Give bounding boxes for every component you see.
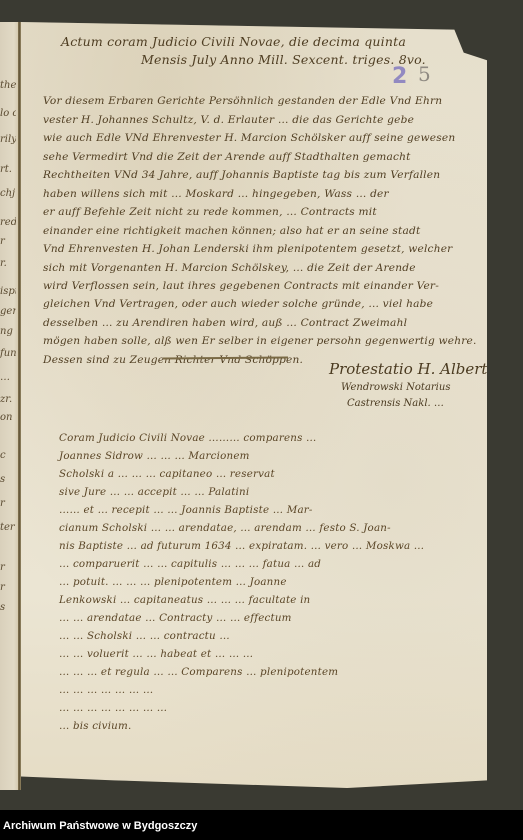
- margin-fragment: lo ch: [0, 108, 16, 119]
- german-line: haben willens sich mit … Moskard … hinge…: [43, 188, 389, 200]
- margin-fragment: zr.: [0, 394, 16, 405]
- signature-line-1: Protestatio H. Albert: [329, 360, 487, 378]
- latin-line: … potuit. … … … plenipotentem … Joanne: [59, 576, 287, 588]
- german-line: wird Verflossen sein, laut ihres gegeben…: [43, 280, 439, 292]
- margin-fragment: chj: [0, 188, 16, 199]
- latin-line: … … … … … … … …: [59, 702, 167, 714]
- latin-line: … bis civium.: [59, 720, 131, 732]
- document-viewer: the lo ch rily rt. chj red r r. ispter g…: [0, 0, 523, 840]
- manuscript-page: Actum coram Judicio Civili Novae, die de…: [21, 22, 487, 788]
- margin-fragment: r: [0, 498, 16, 509]
- german-line: wie auch Edle VNd Ehrenvester H. Marcion…: [43, 132, 455, 144]
- german-line: einander eine richtigkeit machen können;…: [43, 225, 420, 237]
- manuscript-scan: the lo ch rily rt. chj red r r. ispter g…: [0, 0, 523, 810]
- heading-line-1: Actum coram Judicio Civili Novae, die de…: [61, 34, 406, 49]
- latin-line: nis Baptiste … ad futurum 1634 … expirat…: [59, 540, 424, 552]
- margin-fragment: ng: [0, 326, 16, 337]
- margin-fragment: rily: [0, 134, 16, 145]
- latin-line: … … Scholski … … contractu …: [59, 630, 230, 642]
- german-line: desselben … zu Arendiren haben wird, auß…: [43, 317, 407, 329]
- binding-gutter: [18, 22, 21, 790]
- latin-line: … … arendatae … Contracty … … effectum: [59, 612, 292, 624]
- german-line: Rechtheiten VNd 34 Jahre, auff Johannis …: [43, 169, 440, 181]
- latin-line: … … voluerit … … habeat et … … …: [59, 648, 253, 660]
- german-line: vester H. Johannes Schultz, V. d. Erlaut…: [43, 114, 414, 126]
- latin-line: sive Jure … … accepit … … Palatini: [59, 486, 249, 498]
- caption-bar: Archiwum Państwowe w Bydgoszczy: [0, 810, 523, 840]
- latin-line: Scholski a … … … capitaneo … reservat: [59, 468, 275, 480]
- margin-fragment: fun: [0, 348, 16, 359]
- margin-fragment: red: [0, 217, 16, 228]
- latin-line: Coram Judicio Civili Novae ……… comparens…: [59, 432, 317, 444]
- signature-line-3: Castrensis Nakl. …: [347, 398, 444, 409]
- german-line: er auff Befehle Zeit nicht zu rede komme…: [43, 206, 377, 218]
- margin-fragment: r: [0, 236, 16, 247]
- margin-fragment: c: [0, 450, 16, 461]
- margin-fragment: r: [0, 562, 16, 573]
- margin-fragment: ter: [0, 522, 16, 533]
- signature-line-2: Wendrowski Notarius: [341, 382, 450, 393]
- latin-line: … … … et regula … … Comparens … plenipot…: [59, 666, 338, 678]
- latin-line: Lenkowski … capitaneatus … … … facultate…: [59, 594, 310, 606]
- page-number-stamp: 2: [392, 64, 407, 89]
- facing-page-edge: the lo ch rily rt. chj red r r. ispter g…: [0, 22, 20, 790]
- margin-fragment: rt.: [0, 164, 16, 175]
- latin-line: …… et … recepit … … Joannis Baptiste … M…: [59, 504, 313, 516]
- margin-fragment: ispter: [0, 286, 16, 297]
- archive-caption: Archiwum Państwowe w Bydgoszczy: [3, 820, 197, 832]
- margin-fragment: …: [0, 372, 16, 383]
- margin-fragment: on: [0, 412, 16, 423]
- german-line: mögen haben solle, alß wen Er selber in …: [43, 335, 477, 347]
- german-line: sich mit Vorgenanten H. Marcion Schölske…: [43, 262, 416, 274]
- page-number-pencil: 5: [418, 62, 431, 86]
- german-line: gleichen Vnd Vertragen, oder auch wieder…: [43, 298, 433, 310]
- margin-fragment: the: [0, 80, 16, 91]
- german-line: Vnd Ehrenvesten H. Johan Lenderski ihm p…: [43, 243, 452, 255]
- margin-fragment: s: [0, 474, 16, 485]
- margin-fragment: r: [0, 582, 16, 593]
- latin-line: Joannes Sidrow … … … Marcionem: [59, 450, 250, 462]
- latin-line: … comparuerit … … capitulis … … … fatua …: [59, 558, 321, 570]
- german-line: Vor diesem Erbaren Gerichte Persöhnlich …: [43, 95, 442, 107]
- german-line: sehe Vermedirt Vnd die Zeit der Arende a…: [43, 151, 411, 163]
- latin-line: cianum Scholski … … arendatae, … arendam…: [59, 522, 391, 534]
- margin-fragment: s: [0, 602, 16, 613]
- margin-fragment: gen: [0, 306, 16, 317]
- margin-fragment: r.: [0, 258, 16, 269]
- latin-line: … … … … … … …: [59, 684, 153, 696]
- heading-line-2: Mensis July Anno Mill. Sexcent. triges. …: [141, 52, 426, 67]
